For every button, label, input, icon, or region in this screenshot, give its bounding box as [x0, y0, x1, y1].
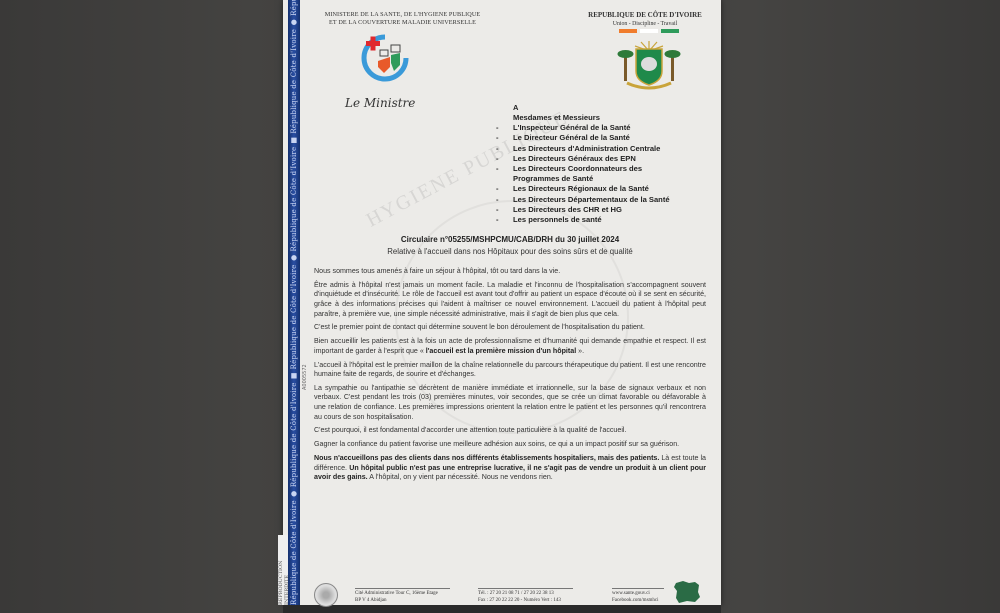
paragraph: Bien accueillir les patients est à la fo…	[314, 337, 706, 356]
addressee-prefix: A	[513, 103, 518, 112]
addressee-text: Les Directeurs d'Administration Centrale	[513, 144, 660, 154]
signatory-title: Le Ministre	[345, 96, 415, 110]
list-item: -Le Directeur Général de la Santé	[496, 133, 670, 143]
text-run: A l'hôpital, on y vient par nécessité. N…	[368, 473, 553, 481]
footer-divider	[478, 588, 573, 589]
bullet: -	[496, 154, 513, 164]
ribbon-text: République de Côte d'Ivoire ● République…	[288, 0, 300, 605]
list-item: -Les Directeurs Coordonnateurs des	[496, 164, 670, 174]
footer-divider	[355, 588, 450, 589]
footer-contact: Tél. : 27 20 21 08 71 / 27 20 22 38 13 F…	[478, 591, 561, 604]
addressee-text: Les Directeurs Régionaux de la Santé	[513, 184, 649, 194]
national-motto: Union - Discipline - Travail	[585, 21, 705, 27]
ministry-health-logo-icon	[360, 33, 410, 83]
fax-line: Fax : 27 20 22 22 20 - Numéro Vert : 143	[478, 598, 561, 605]
flag-green	[661, 29, 679, 33]
paragraph: La sympathie ou l'antipathie se décrèten…	[314, 384, 706, 422]
facebook-link[interactable]: Facebook.com/msmhci	[612, 598, 659, 605]
addressee-text: Les Directeurs Généraux des EPN	[513, 154, 636, 164]
paragraph: Gagner la confiance du patient favorise …	[314, 440, 706, 450]
footer-seal-icon	[314, 583, 338, 607]
text-run: ».	[576, 347, 584, 355]
ministry-line-2: ET DE LA COUVERTURE MALADIE UNIVERSELLE	[315, 19, 490, 27]
list-item: -Les Directeurs Départementaux de la San…	[496, 195, 670, 205]
salutation: Mesdames et Messieurs	[513, 113, 670, 123]
coat-of-arms-icon	[617, 37, 681, 93]
addressee-text: Le Directeur Général de la Santé	[513, 133, 630, 143]
phone-line: Tél. : 27 20 21 08 71 / 27 20 22 38 13	[478, 591, 561, 598]
bullet: -	[496, 164, 513, 174]
addressee-text: Les Directeurs des CHR et HG	[513, 205, 622, 215]
bullet	[496, 174, 513, 184]
paragraph: C'est le premier point de contact qui dé…	[314, 323, 706, 333]
bullet: -	[496, 133, 513, 143]
footer-divider	[612, 588, 664, 589]
list-item: -Les Directeurs des CHR et HG	[496, 205, 670, 215]
bullet: -	[496, 123, 513, 133]
paragraph: Être admis à l'hôpital n'est jamais un m…	[314, 281, 706, 319]
bullet: -	[496, 184, 513, 194]
republic-name: REPUBLIQUE DE CÔTE D'IVOIRE	[585, 11, 705, 19]
address-line-1: Cité Administrative Tour C, 16ème Etage	[355, 591, 438, 598]
reproduction-notice: REPRODUCTION INTERDITE	[278, 535, 288, 605]
address-line-2: BP V 4 Abidjan	[355, 598, 438, 605]
list-item: Programmes de Santé	[496, 174, 670, 184]
bullet: -	[496, 195, 513, 205]
addressee-text: Programmes de Santé	[513, 174, 593, 184]
emphasis-text: l'accueil est la première mission d'un h…	[426, 347, 576, 355]
paragraph: L'accueil à l'hôpital est le premier mai…	[314, 361, 706, 380]
addressee-list: Mesdames et Messieurs -L'Inspecteur Géné…	[496, 113, 670, 225]
list-item: -Les Directeurs d'Administration Central…	[496, 144, 670, 154]
salutation-text: Mesdames et Messieurs	[513, 113, 600, 123]
circular-body: Nous sommes tous amenés à faire un séjou…	[314, 267, 706, 487]
security-ribbon: République de Côte d'Ivoire ● République…	[288, 0, 300, 605]
flag-orange	[619, 29, 637, 33]
paragraph: Nous n'accueillons pas des clients dans …	[314, 454, 706, 483]
footer-web: www.sante.gouv.ci Facebook.com/msmhci	[612, 591, 659, 604]
circular-subtitle: Relative à l'accueil dans nos Hôpitaux p…	[300, 247, 720, 256]
bullet: -	[496, 205, 513, 215]
footer-address: Cité Administrative Tour C, 16ème Etage …	[355, 591, 438, 604]
list-item: -L'Inspecteur Général de la Santé	[496, 123, 670, 133]
addressee-text: Les personnels de santé	[513, 215, 602, 225]
paragraph: Nous sommes tous amenés à faire un séjou…	[314, 267, 706, 277]
bullet: -	[496, 144, 513, 154]
addressee-text: L'Inspecteur Général de la Santé	[513, 123, 630, 133]
addressee-text: Les Directeurs Départementaux de la Sant…	[513, 195, 670, 205]
list-item: -Les personnels de santé	[496, 215, 670, 225]
circular-title: Circulaire n°05255/MSHPCMU/CAB/DRH du 30…	[300, 235, 720, 244]
ministry-header: MINISTERE DE LA SANTE, DE L'HYGIENE PUBL…	[315, 11, 490, 27]
flag-stripe	[619, 29, 679, 33]
addressee-text: Les Directeurs Coordonnateurs des	[513, 164, 642, 174]
serial-number: A0005572	[302, 330, 312, 390]
bullet: -	[496, 215, 513, 225]
paragraph: C'est pourquoi, il est fondamental d'acc…	[314, 426, 706, 436]
emphasis-text: Nous n'accueillons pas des clients dans …	[314, 454, 659, 462]
list-item: -Les Directeurs Régionaux de la Santé	[496, 184, 670, 194]
ministry-line-1: MINISTERE DE LA SANTE, DE L'HYGIENE PUBL…	[315, 11, 490, 19]
country-map-icon	[673, 580, 701, 604]
list-item: -Les Directeurs Généraux des EPN	[496, 154, 670, 164]
flag-white	[640, 29, 658, 33]
page-edge	[283, 605, 721, 613]
